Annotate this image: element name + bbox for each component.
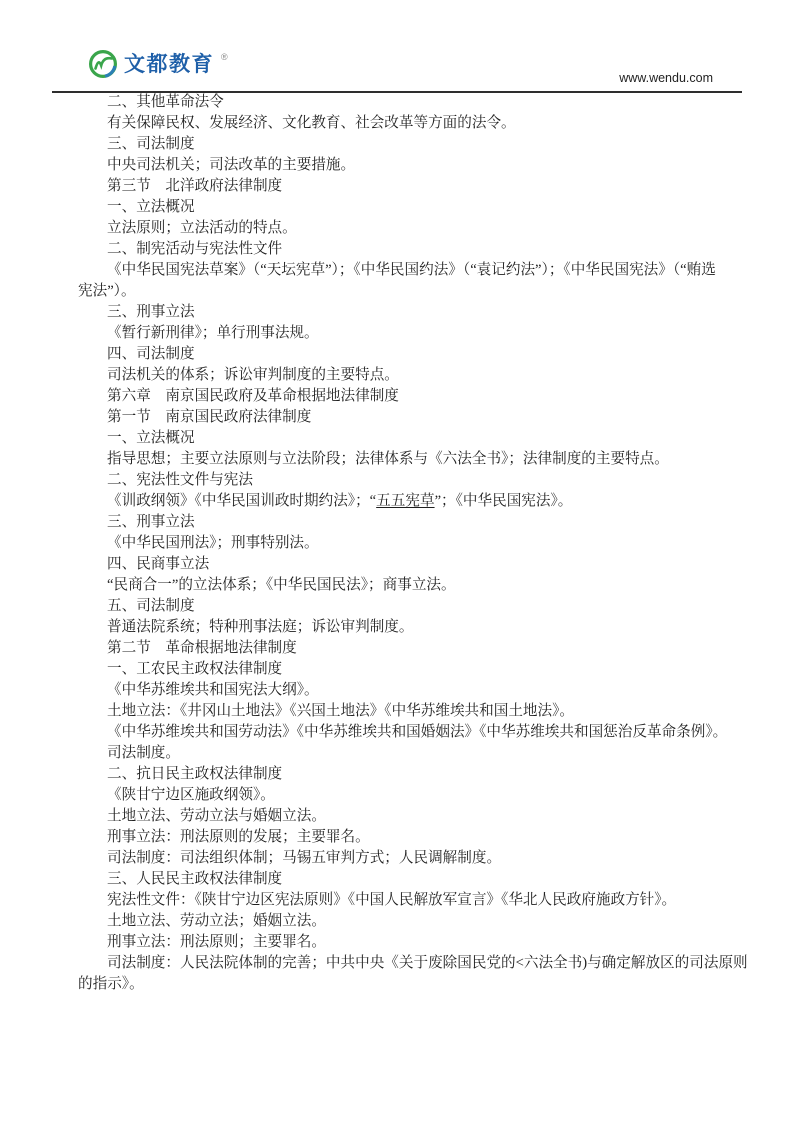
document-line: 司法制度：司法组织体制；马锡五审判方式；人民调解制度。 [78, 848, 727, 869]
document-line: 第二节 革命根据地法律制度 [78, 638, 727, 659]
document-line: 三、刑事立法 [78, 302, 727, 323]
document-line: 一、立法概况 [78, 197, 727, 218]
document-line: 刑事立法：刑法原则；主要罪名。 [78, 932, 727, 953]
document-line: 《暂行新刑律》；单行刑事法规。 [78, 323, 727, 344]
document-line: 二、制宪活动与宪法性文件 [78, 239, 727, 260]
document-line: 《中华民国刑法》；刑事特别法。 [78, 533, 727, 554]
document-line: 《中华民国宪法草案》（“天坛宪草”）；《中华民国约法》（“袁记约法”）；《中华民… [78, 260, 727, 281]
document-line: 宪法”）。 [78, 281, 727, 302]
document-line: 立法原则；立法活动的特点。 [78, 218, 727, 239]
document-line: 《训政纲领》《中华民国训政时期约法》；“五五宪草”；《中华民国宪法》。 [78, 491, 727, 512]
document-lines: 二、其他革命法令有关保障民权、发展经济、文化教育、社会改革等方面的法令。三、司法… [78, 92, 727, 995]
document-line: 三、人民民主政权法律制度 [78, 869, 727, 890]
document-line: 一、立法概况 [78, 428, 727, 449]
website-url: www.wendu.com [619, 71, 713, 86]
document-line: 第六章 南京国民政府及革命根据地法律制度 [78, 386, 727, 407]
document-line: 司法机关的体系；诉讼审判制度的主要特点。 [78, 365, 727, 386]
wendu-logo-icon [88, 49, 118, 79]
document-line: 第一节 南京国民政府法律制度 [78, 407, 727, 428]
document-line: 三、刑事立法 [78, 512, 727, 533]
document-line: 二、抗日民主政权法律制度 [78, 764, 727, 785]
document-line: “民商合一”的立法体系；《中华民国民法》；商事立法。 [78, 575, 727, 596]
document-line: 普通法院系统；特种刑事法庭；诉讼审判制度。 [78, 617, 727, 638]
document-line: 土地立法：《井冈山土地法》《兴国土地法》《中华苏维埃共和国土地法》。 [78, 701, 727, 722]
document-line: 刑事立法：刑法原则的发展；主要罪名。 [78, 827, 727, 848]
wendu-logo: 文都教育 ® [88, 49, 227, 79]
document-line: 《中华苏维埃共和国劳动法》《中华苏维埃共和国婚姻法》《中华苏维埃共和国惩治反革命… [78, 722, 727, 743]
document-line: 中央司法机关；司法改革的主要措施。 [78, 155, 727, 176]
document-line: 四、司法制度 [78, 344, 727, 365]
document-body: 二、其他革命法令有关保障民权、发展经济、文化教育、社会改革等方面的法令。三、司法… [78, 92, 727, 995]
document-line: 五、司法制度 [78, 596, 727, 617]
brand-name: 文都教育 [124, 54, 214, 75]
underlined-phrase: 五五宪草 [376, 493, 434, 509]
document-line: 有关保障民权、发展经济、文化教育、社会改革等方面的法令。 [78, 113, 727, 134]
page: 文都教育 ® www.wendu.com 二、其他革命法令有关保障民权、发展经济… [0, 0, 793, 1122]
document-line: 司法制度。 [78, 743, 727, 764]
document-line: 《中华苏维埃共和国宪法大纲》。 [78, 680, 727, 701]
document-line: 《陕甘宁边区施政纲领》。 [78, 785, 727, 806]
document-line: 土地立法、劳动立法；婚姻立法。 [78, 911, 727, 932]
document-line: 二、其他革命法令 [78, 92, 727, 113]
document-line: 宪法性文件：《陕甘宁边区宪法原则》《中国人民解放军宣言》《华北人民政府施政方针》… [78, 890, 727, 911]
document-line: 司法制度：人民法院体制的完善；中共中央《关于废除国民党的<六法全书)与确定解放区… [78, 953, 727, 974]
document-line: 四、民商事立法 [78, 554, 727, 575]
document-line: 土地立法、劳动立法与婚姻立法。 [78, 806, 727, 827]
document-line: 第三节 北洋政府法律制度 [78, 176, 727, 197]
document-line: 三、司法制度 [78, 134, 727, 155]
registered-mark-icon: ® [221, 52, 228, 62]
document-line: 二、宪法性文件与宪法 [78, 470, 727, 491]
document-line: 的指示》。 [78, 974, 727, 995]
document-line: 一、工农民主政权法律制度 [78, 659, 727, 680]
document-line: 指导思想；主要立法原则与立法阶段；法律体系与《六法全书》；法律制度的主要特点。 [78, 449, 727, 470]
